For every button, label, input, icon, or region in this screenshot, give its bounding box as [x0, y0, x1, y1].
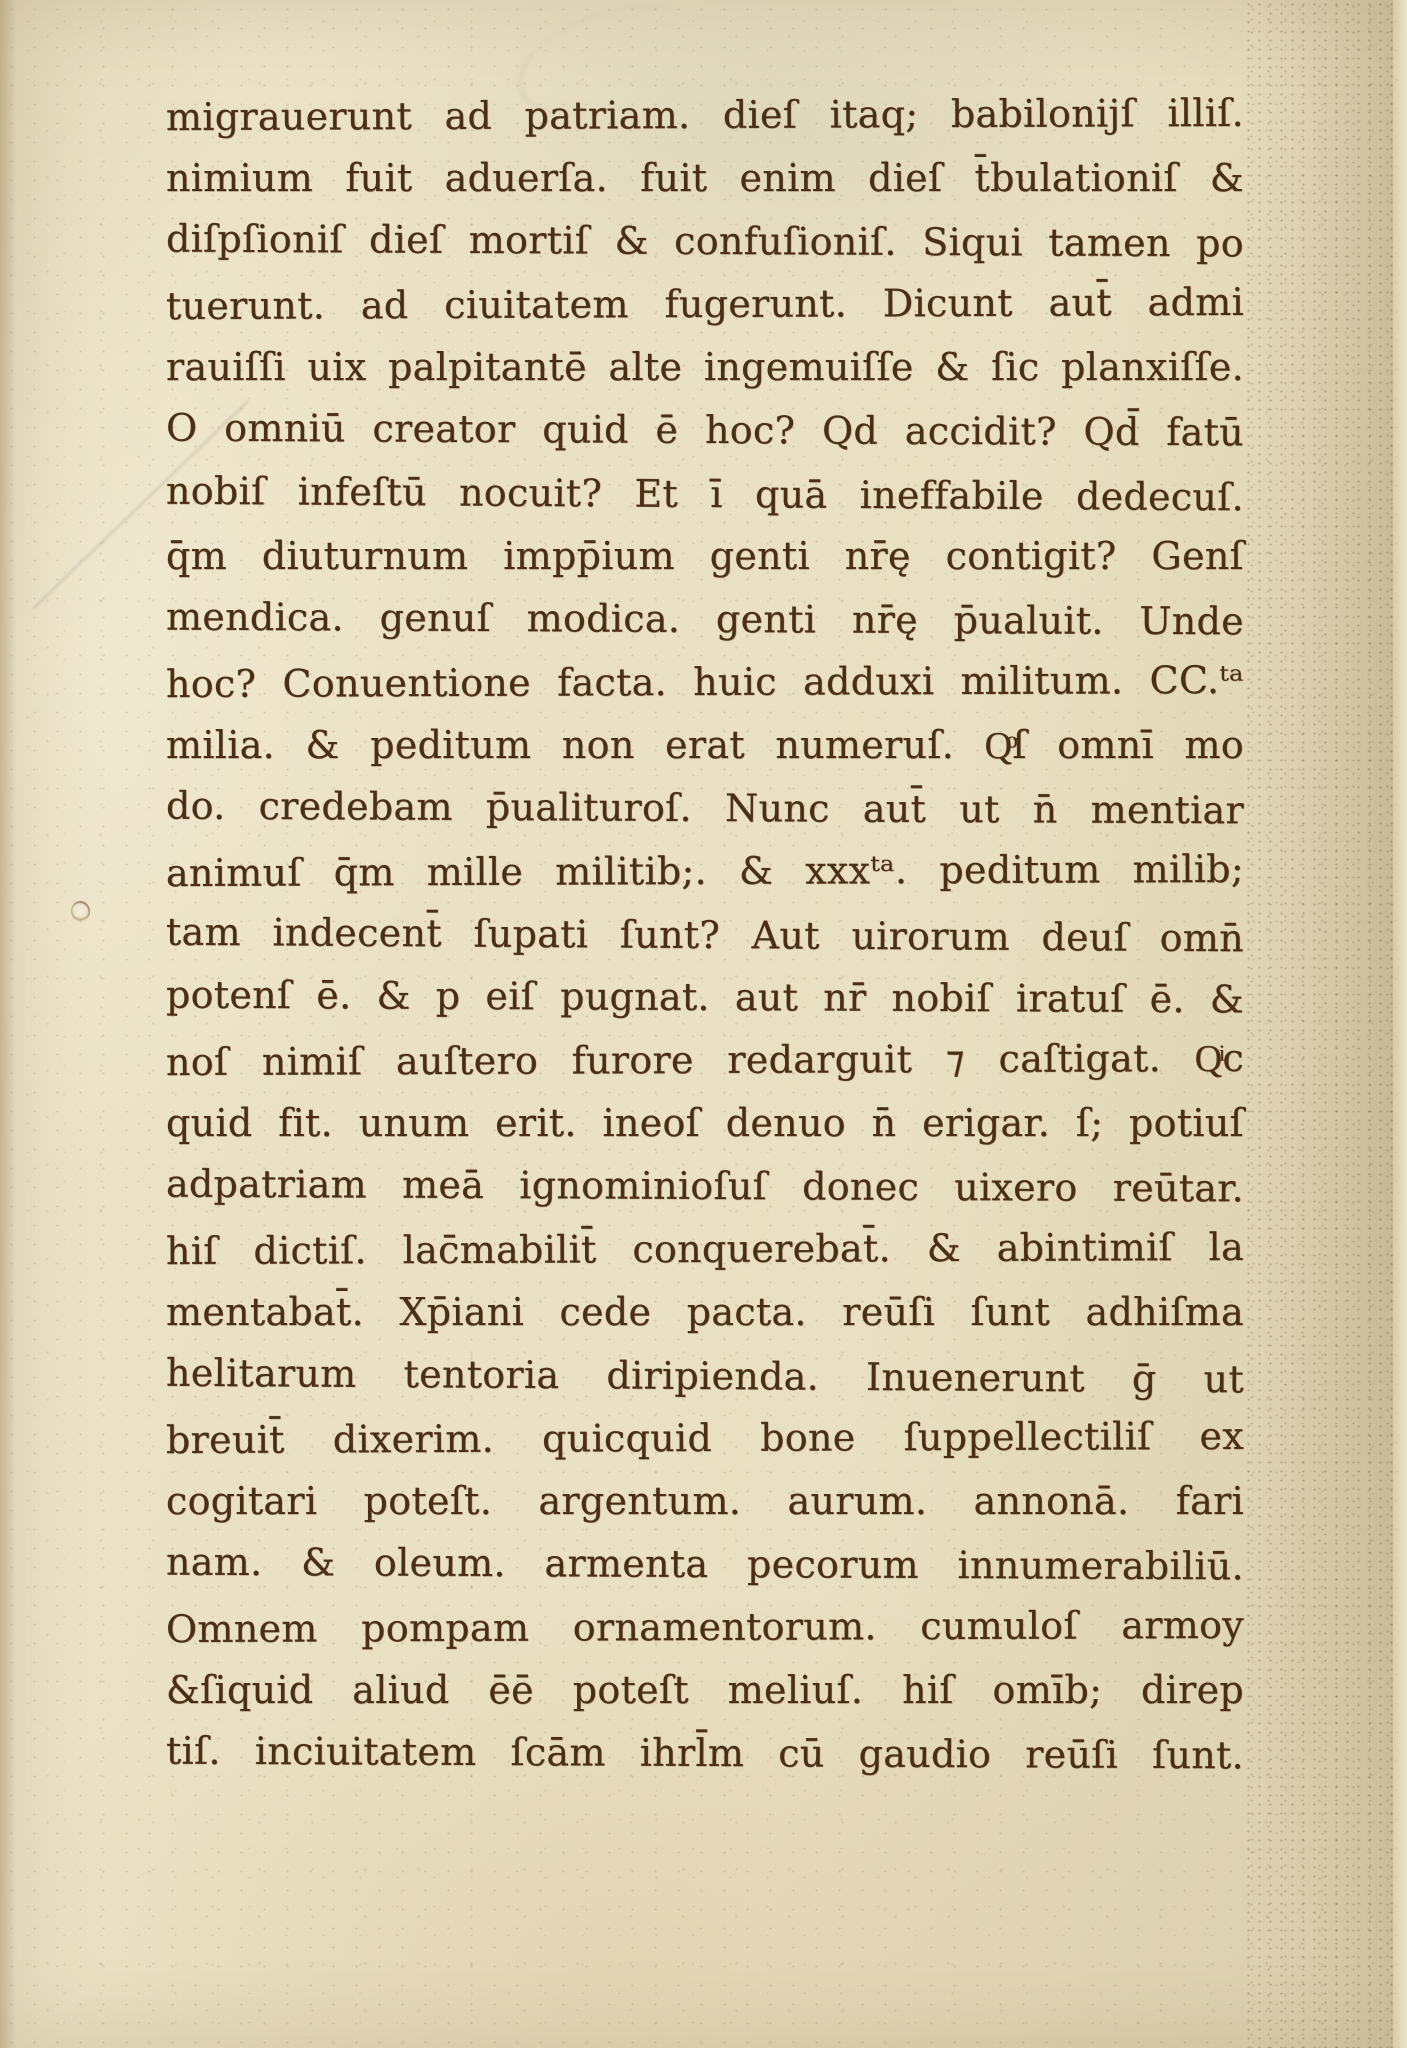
- text-line: Omnem pompam ornamentorum. cumuloſ armoy: [166, 1594, 1244, 1661]
- text-line: rauiſſi uix palpitantē alte ingemuiſſe &…: [166, 336, 1244, 399]
- text-line: cogitari poteſt. argentum. aurum. annonā…: [166, 1470, 1244, 1533]
- text-line: noſ nimiſ auſtero furore redarguit ⁊ caſ…: [166, 1027, 1244, 1094]
- text-block: migrauerunt ad patriam. dieſ itaq; babil…: [166, 84, 1244, 1785]
- text-line: adpatriam meā ignominioſuſ donec uixero …: [166, 1153, 1244, 1221]
- text-line: &ſiquid aliud ēē poteſt meliuſ. hiſ omīb…: [166, 1659, 1244, 1722]
- text-line: tiſ. inciuitatem ſcām ihrl̄m cū gaudio r…: [166, 1720, 1244, 1788]
- text-line: milia. & peditum non erat numeruſ. Qͦſ o…: [166, 714, 1244, 777]
- text-line: O omniū creator quid ē hoc? Qd accidit? …: [166, 397, 1244, 465]
- parchment-speckle-band: [1243, 0, 1393, 2048]
- text-line: nam. & oleum. armenta pecorum innumerabi…: [166, 1531, 1244, 1599]
- text-line: tuerunt. ad ciuitatem fugerunt. Dicunt a…: [166, 271, 1244, 338]
- text-line: q̄m diuturnum impp̄ium genti nr̄ę contig…: [166, 525, 1244, 588]
- manuscript-page: migrauerunt ad patriam. dieſ itaq; babil…: [0, 0, 1407, 2048]
- page-edge-shadow-left: [0, 0, 16, 2048]
- text-line: hiſ dictiſ. lac̄mabilit̄ conquerebat̄. &…: [166, 1216, 1244, 1283]
- text-line: tam indecent̄ ſupati ſunt? Aut uirorum d…: [166, 901, 1244, 971]
- text-line: helitarum tentoria diripienda. Inuenerun…: [166, 1342, 1244, 1412]
- text-line: diſpſioniſ dieſ mortiſ & confuſioniſ. Si…: [166, 208, 1244, 276]
- text-line: nimium fuit aduerſa. fuit enim dieſ t̄bu…: [166, 147, 1244, 210]
- text-line: potenſ ē. & p eiſ pugnat. aut nr̄ nobiſ …: [166, 964, 1244, 1032]
- text-line: do. credebam p̄ualituroſ. Nunc aut̄ ut n…: [166, 775, 1244, 843]
- parchment-hole: [71, 901, 90, 922]
- text-line: breuit̄ dixerim. quicquid bone ſuppellec…: [166, 1405, 1244, 1472]
- text-line: mentabat̄. Xp̄iani cede pacta. reūſi ſun…: [166, 1281, 1244, 1344]
- text-line: hoc? Conuentione facta. huic adduxi mili…: [166, 649, 1244, 716]
- text-line: migrauerunt ad patriam. dieſ itaq; babil…: [166, 82, 1244, 149]
- page-edge-highlight-right: [1393, 0, 1407, 2048]
- text-line: animuſ q̄m mille militib;. & xxxᵗᵃ. pedi…: [166, 838, 1244, 905]
- text-line: nobiſ infeſtū nocuit? Et ī quā ineffabil…: [166, 460, 1244, 530]
- text-line: mendica. genuſ modica. genti nr̄ę p̄ualu…: [166, 586, 1244, 654]
- text-line: quid fit. unum erit. ineoſ denuo n̄ erig…: [166, 1092, 1244, 1155]
